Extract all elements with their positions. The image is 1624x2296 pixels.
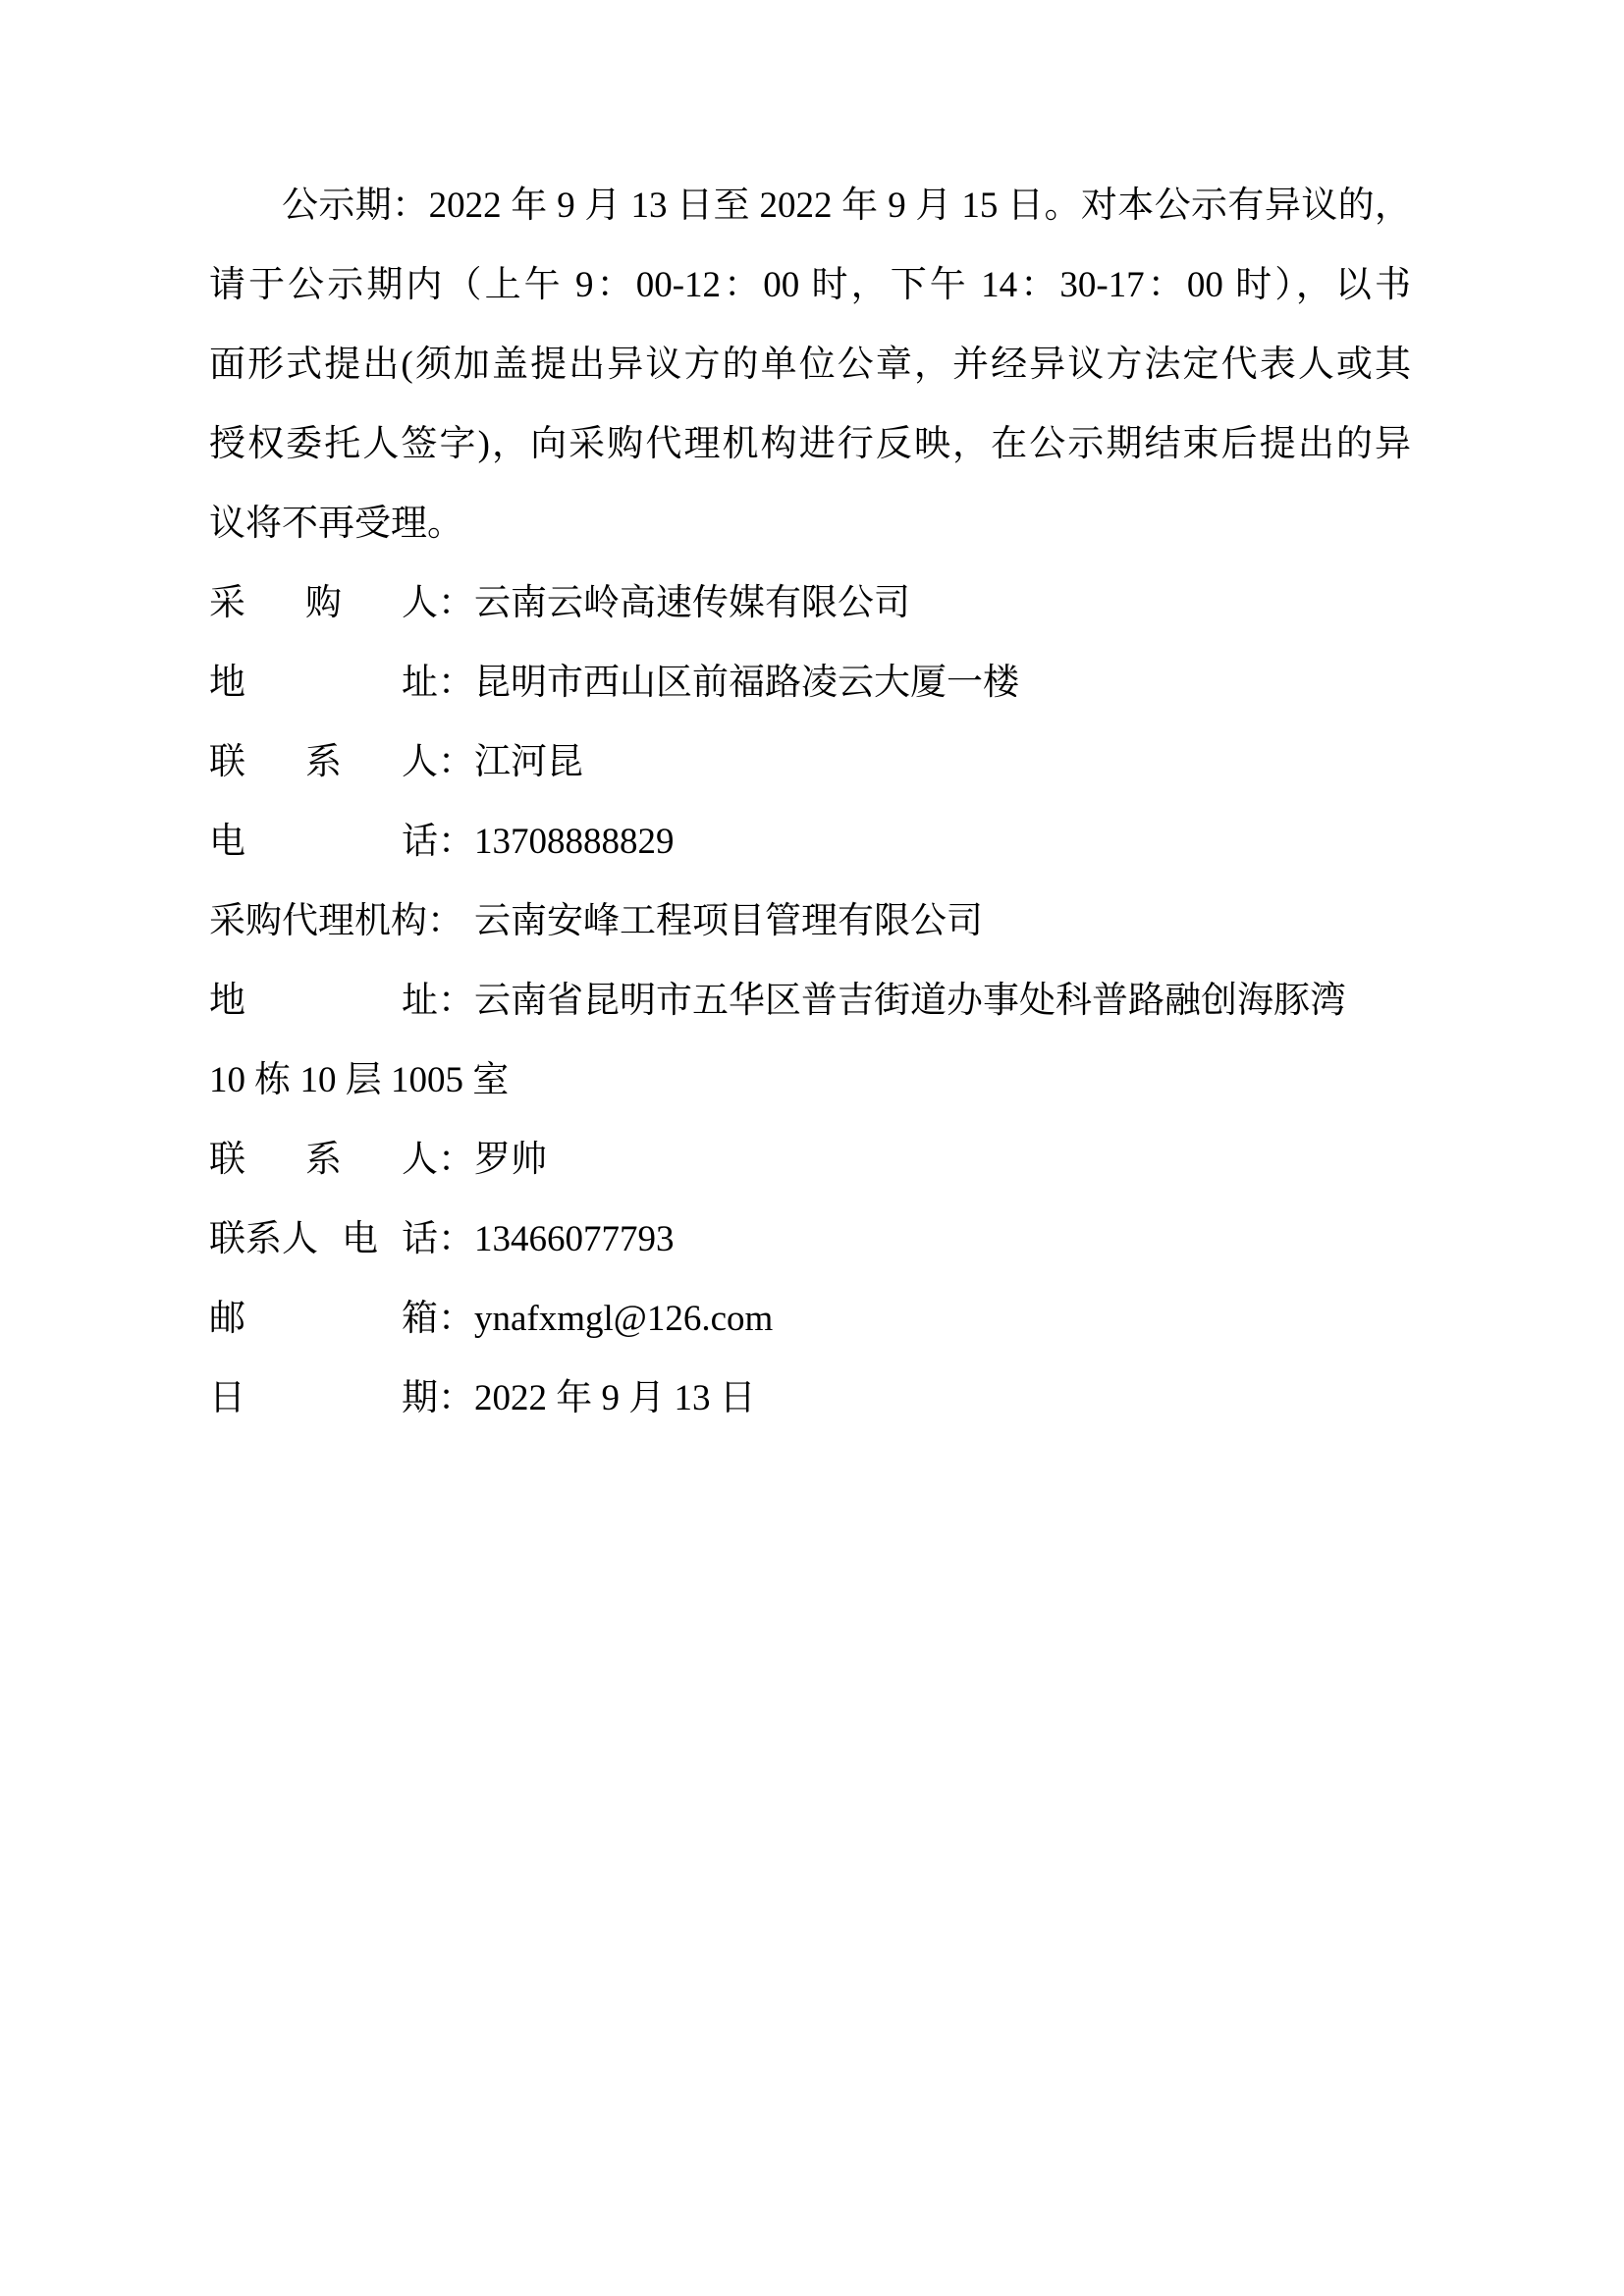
field-label-agency-contact-phone: 联系人电话： bbox=[209, 1200, 474, 1279]
field-value-date: 2022 年 9 月 13 日 bbox=[474, 1378, 756, 1418]
field-value-purchaser-contact: 江河昆 bbox=[474, 742, 583, 782]
paragraph-line-2: 请于公示期内（上午 9：00-12：00 时，下午 14：30-17：00 时）… bbox=[209, 245, 1411, 325]
label-char: 联 bbox=[209, 722, 245, 802]
field-label-agency: 采购代理机构： bbox=[209, 881, 474, 961]
paragraph-line-3: 面形式提出(须加盖提出异议方的单位公章，并经异议方法定代表人或其 bbox=[209, 325, 1411, 404]
field-value-purchaser-address: 昆明市西山区前福路凌云大厦一楼 bbox=[474, 663, 1019, 703]
label-char: 人： bbox=[402, 1120, 474, 1200]
label-char: 系 bbox=[305, 722, 342, 802]
label-char: 话： bbox=[402, 1200, 474, 1279]
field-label-agency-address: 地址： bbox=[209, 961, 474, 1041]
label-char: 箱： bbox=[402, 1279, 474, 1359]
field-label-purchaser-address: 地址： bbox=[209, 643, 474, 722]
field-row-purchaser-phone: 电话：13708888829 bbox=[209, 802, 1411, 881]
field-row-agency-contact-phone: 联系人电话：13466077793 bbox=[209, 1200, 1411, 1279]
label-char: 人： bbox=[402, 722, 474, 802]
label-char: 采购代理机构： bbox=[209, 881, 463, 961]
document-page: 公示期：2022 年 9 月 13 日至 2022 年 9 月 15 日。对本公… bbox=[0, 0, 1624, 2296]
field-row-agency-email: 邮箱：ynafxmgl@126.com bbox=[209, 1279, 1411, 1359]
label-char: 址： bbox=[402, 961, 474, 1041]
paragraph-line-4: 授权委托人签字)，向采购代理机构进行反映，在公示期结束后提出的异 bbox=[209, 404, 1411, 484]
paragraph-line-5: 议将不再受理。 bbox=[209, 484, 1411, 563]
field-value-agency-contact: 罗帅 bbox=[474, 1140, 547, 1180]
label-char: 地 bbox=[209, 961, 245, 1041]
label-char: 系 bbox=[305, 1120, 342, 1200]
field-row-agency: 采购代理机构：云南安峰工程项目管理有限公司 bbox=[209, 881, 1411, 961]
field-row-purchaser-contact: 联系人：江河昆 bbox=[209, 722, 1411, 802]
field-value-purchaser: 云南云岭高速传媒有限公司 bbox=[474, 583, 910, 623]
label-char: 地 bbox=[209, 643, 245, 722]
field-value-agency: 云南安峰工程项目管理有限公司 bbox=[474, 901, 983, 941]
field-label-purchaser-contact: 联系人： bbox=[209, 722, 474, 802]
field-value-purchaser-phone: 13708888829 bbox=[474, 822, 675, 862]
label-char: 联系人 bbox=[209, 1200, 318, 1279]
label-char: 日 bbox=[209, 1359, 245, 1438]
label-char: 购 bbox=[305, 563, 342, 643]
field-label-purchaser-phone: 电话： bbox=[209, 802, 474, 881]
field-value-agency-email: ynafxmgl@126.com bbox=[474, 1299, 773, 1339]
label-char: 期： bbox=[402, 1359, 474, 1438]
label-char: 采 bbox=[209, 563, 245, 643]
field-label-purchaser: 采购人： bbox=[209, 563, 474, 643]
field-label-agency-contact: 联系人： bbox=[209, 1120, 474, 1200]
label-char: 电 bbox=[342, 1200, 378, 1279]
field-label-agency-email: 邮箱： bbox=[209, 1279, 474, 1359]
label-char: 邮 bbox=[209, 1279, 245, 1359]
field-value-agency-contact-phone: 13466077793 bbox=[474, 1219, 675, 1259]
field-label-date: 日期： bbox=[209, 1359, 474, 1438]
field-value-agency-address: 云南省昆明市五华区普吉街道办事处科普路融创海豚湾 bbox=[474, 981, 1346, 1021]
field-row-purchaser: 采购人：云南云岭高速传媒有限公司 bbox=[209, 563, 1411, 643]
field-row-agency-address: 地址：云南省昆明市五华区普吉街道办事处科普路融创海豚湾 bbox=[209, 961, 1411, 1041]
label-char: 人： bbox=[402, 563, 474, 643]
notice-body: 公示期：2022 年 9 月 13 日至 2022 年 9 月 15 日。对本公… bbox=[209, 166, 1411, 1438]
label-char: 址： bbox=[402, 643, 474, 722]
field-row-date: 日期：2022 年 9 月 13 日 bbox=[209, 1359, 1411, 1438]
label-char: 联 bbox=[209, 1120, 245, 1200]
label-char: 电 bbox=[209, 802, 245, 881]
field-row-purchaser-address: 地址：昆明市西山区前福路凌云大厦一楼 bbox=[209, 643, 1411, 722]
field-row-agency-contact: 联系人：罗帅 bbox=[209, 1120, 1411, 1200]
label-char: 话： bbox=[402, 802, 474, 881]
paragraph-line-1: 公示期：2022 年 9 月 13 日至 2022 年 9 月 15 日。对本公… bbox=[209, 166, 1411, 245]
field-value-agency-address-line2: 10 栋 10 层 1005 室 bbox=[209, 1041, 1411, 1120]
